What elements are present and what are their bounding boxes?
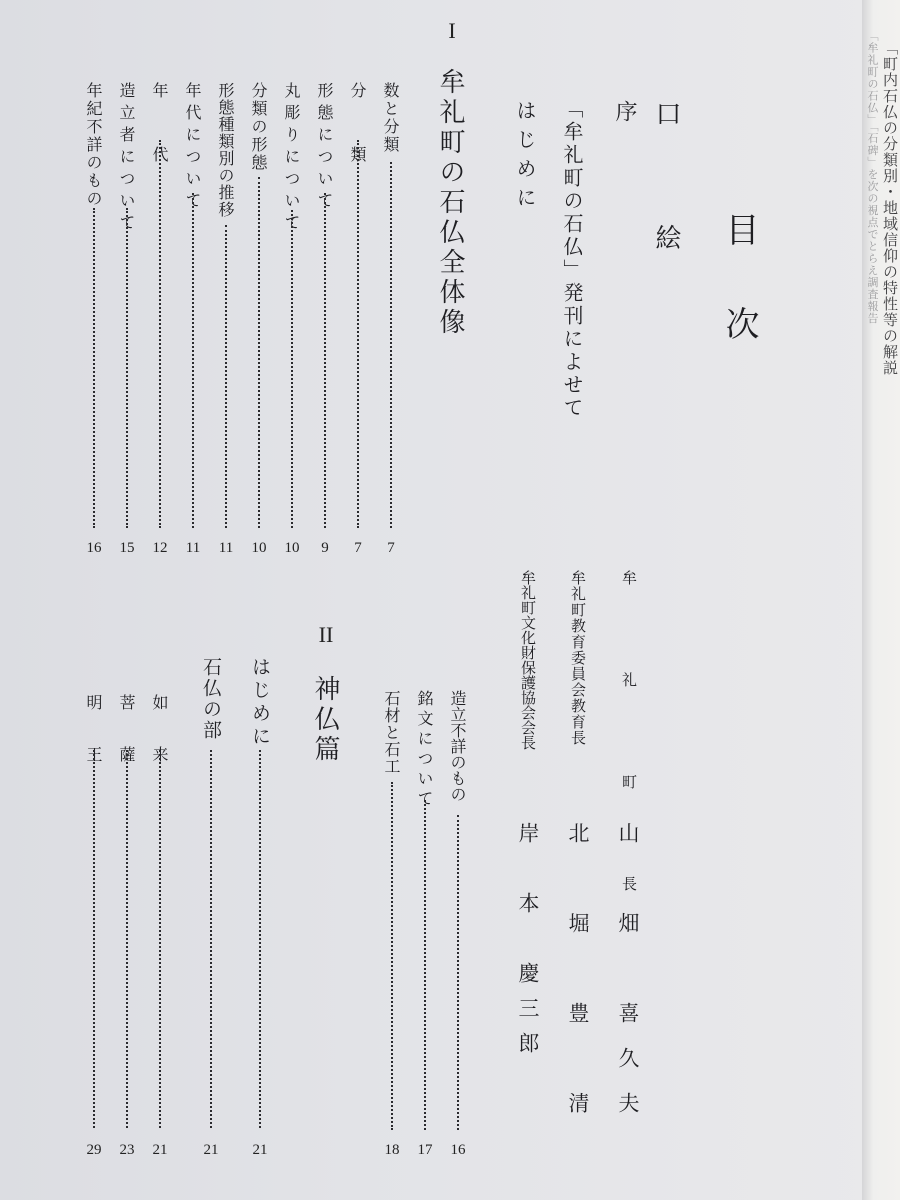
leader-dots (93, 208, 95, 528)
leader-dots (390, 162, 392, 528)
leader-dots (126, 208, 128, 528)
leader-dots (291, 210, 293, 528)
frontispiece-entry: 口 絵 (653, 100, 679, 286)
item-label: 石材と石工 (383, 690, 399, 775)
leader-dots (259, 750, 261, 1128)
signatory-name-3: 岸 本 慶三郎 (517, 822, 538, 1067)
part2-numeral: II (319, 622, 334, 648)
part1-title: 牟礼町の石仏全体像 (437, 68, 463, 338)
page-number: 7 (387, 540, 395, 557)
page-number: 16 (451, 1142, 466, 1159)
leader-dots (424, 800, 426, 1130)
page-number: 9 (321, 540, 329, 557)
adjacent-page-subtext: 「牟礼町の石仏」「石碑」を次の視点でとらえ調査報告 (867, 30, 878, 325)
preface-entry: 序 (613, 100, 635, 126)
leader-dots (391, 782, 393, 1130)
page-number: 21 (204, 1142, 219, 1159)
item-label: はじめに (250, 657, 269, 749)
page-number: 18 (385, 1142, 400, 1159)
page-number: 7 (354, 540, 362, 557)
leader-dots (357, 140, 359, 528)
part2-title: 神仏篇 (312, 675, 338, 765)
signatory-name-2: 北 堀 豊 清 (567, 822, 588, 1137)
page-number: 12 (153, 540, 168, 557)
item-label: 数と分類 (382, 82, 398, 154)
page-number: 15 (120, 540, 135, 557)
signatory-title-3: 牟礼町文化財保護協会会長 (520, 570, 535, 750)
leader-dots (210, 750, 212, 1128)
leader-dots (192, 193, 194, 528)
signatory-name-1: 山 畑 喜久夫 (617, 822, 638, 1137)
leader-dots (159, 750, 161, 1128)
item-label: 年紀不詳のもの (85, 82, 101, 208)
item-label: 形態種類別の推移 (217, 82, 233, 218)
page-number: 29 (87, 1142, 102, 1159)
page-number: 11 (219, 540, 233, 557)
leader-dots (225, 225, 227, 528)
item-label: 銘文について (416, 690, 432, 810)
page-number: 23 (120, 1142, 135, 1159)
adjacent-page-text: 「町内石仏の分類別・地域信仰の特性等の解説 (882, 40, 897, 376)
signatory-title-2: 牟礼町教育委員会教育長 (570, 570, 585, 746)
leader-dots (258, 177, 260, 528)
page-number: 11 (186, 540, 200, 557)
leader-dots (126, 750, 128, 1128)
page-number: 17 (418, 1142, 433, 1159)
leader-dots (324, 193, 326, 528)
item-label: 石仏の部 (201, 657, 220, 741)
page-number: 21 (153, 1142, 168, 1159)
page-number: 10 (252, 540, 267, 557)
page-number: 10 (285, 540, 300, 557)
page-number: 21 (253, 1142, 268, 1159)
page-number: 16 (87, 540, 102, 557)
toc-page: 目次 口 絵 序 「牟礼町の石仏」発刊によせて はじめに 牟 礼 町 長 山 畑… (0, 0, 880, 1200)
leader-dots (457, 815, 459, 1130)
item-label: 造立不詳のもの (449, 690, 465, 802)
part1-numeral: I (448, 18, 455, 44)
leader-dots (93, 750, 95, 1128)
leader-dots (159, 140, 161, 528)
toc-heading: 目次 (722, 212, 756, 400)
adjacent-page-edge: 「町内石仏の分類別・地域信仰の特性等の解説 「牟礼町の石仏」「石碑」を次の視点で… (862, 0, 900, 1200)
publication-note-entry: 「牟礼町の石仏」発刊によせて (562, 98, 582, 420)
item-label: 分類の形態 (250, 82, 266, 172)
introduction-entry: はじめに (515, 100, 535, 216)
